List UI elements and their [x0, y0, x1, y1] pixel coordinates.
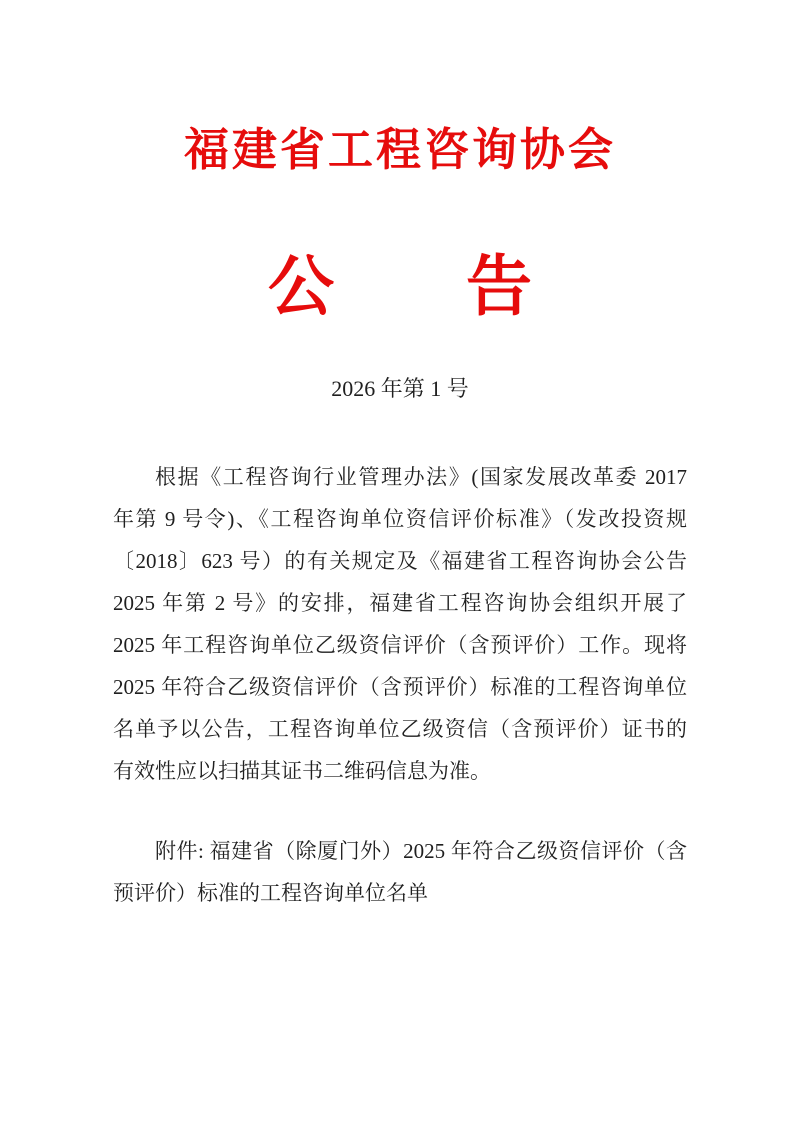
- attachment-line-1: 附件: 福建省（除厦门外）2025 年符合乙级资信评价（含: [113, 830, 687, 872]
- body-line-3: 〔2018〕623 号）的有关规定及《福建省工程咨询协会公告: [113, 540, 687, 582]
- attachment-paragraph: 附件: 福建省（除厦门外）2025 年符合乙级资信评价（含 预评价）标准的工程咨…: [113, 830, 687, 914]
- announcement-heading: 公 告: [0, 250, 800, 326]
- attachment-line-2: 预评价）标准的工程咨询单位名单: [113, 872, 687, 914]
- body-line-4: 2025 年第 2 号》的安排，福建省工程咨询协会组织开展了: [113, 582, 687, 624]
- body-line-8: 有效性应以扫描其证书二维码信息为准。: [113, 750, 687, 792]
- document-page: 福建省工程咨询协会 公 告 2026 年第 1 号 根据《工程咨询行业管理办法》…: [0, 0, 800, 1131]
- body-paragraph: 根据《工程咨询行业管理办法》(国家发展改革委 2017 年第 9 号令)、《工程…: [113, 456, 687, 792]
- body-line-2: 年第 9 号令)、《工程咨询单位资信评价标准》（发改投资规: [113, 498, 687, 540]
- body-line-7: 名单予以公告，工程咨询单位乙级资信（含预评价）证书的: [113, 708, 687, 750]
- organization-title: 福建省工程咨询协会: [0, 120, 800, 180]
- body-line-6: 2025 年符合乙级资信评价（含预评价）标准的工程咨询单位: [113, 666, 687, 708]
- body-line-5: 2025 年工程咨询单位乙级资信评价（含预评价）工作。现将: [113, 624, 687, 666]
- body-line-1: 根据《工程咨询行业管理办法》(国家发展改革委 2017: [113, 456, 687, 498]
- issue-number: 2026 年第 1 号: [0, 374, 800, 404]
